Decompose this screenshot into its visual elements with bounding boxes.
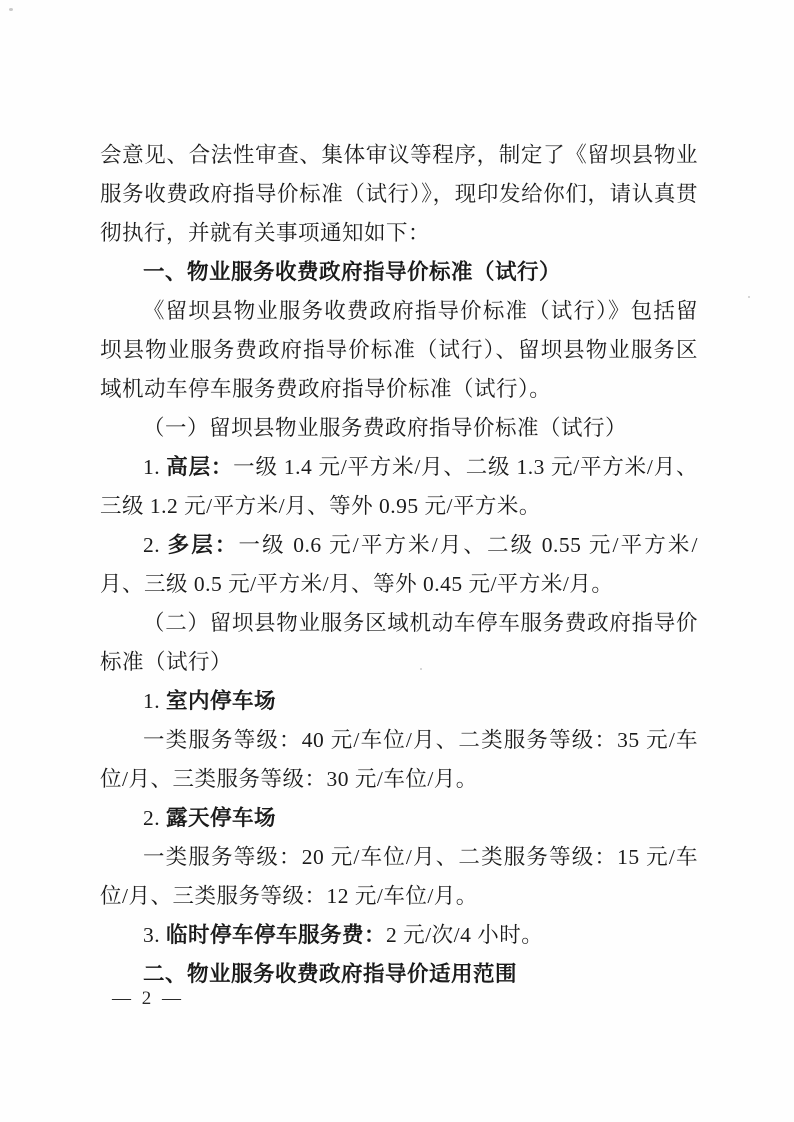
paragraph-intro-continuation: 会意见、合法性审查、集体审议等程序，制定了《留坝县物业服务收费政府指导价标准（试… <box>100 136 698 253</box>
item-highrise: 1. 高层：一级 1.4 元/平方米/月、二级 1.3 元/平方米/月、三级 1… <box>100 448 698 526</box>
heading-sub-2-parking-fee: （二）留坝县物业服务区域机动车停车服务费政府指导价标准（试行） <box>100 604 698 682</box>
paragraph-standard-includes: 《留坝县物业服务收费政府指导价标准（试行）》包括留坝县物业服务费政府指导价标准（… <box>100 292 698 409</box>
paragraph-indoor-rates: 一类服务等级：40 元/车位/月、二类服务等级：35 元/车位/月、三类服务等级… <box>100 721 698 799</box>
item-number: 1. <box>143 689 166 713</box>
heading-sub-1-property-fee: （一）留坝县物业服务费政府指导价标准（试行） <box>100 409 698 448</box>
item-label: 高层： <box>166 455 233 479</box>
item-label: 露天停车场 <box>166 806 276 830</box>
heading-indoor-parking: 1. 室内停车场 <box>100 682 698 721</box>
heading-section-2: 二、物业服务收费政府指导价适用范围 <box>100 955 698 994</box>
item-number: 3. <box>143 923 166 947</box>
item-temporary-parking: 3. 临时停车停车服务费：2 元/次/4 小时。 <box>100 916 698 955</box>
document-body: 会意见、合法性审查、集体审议等程序，制定了《留坝县物业服务收费政府指导价标准（试… <box>100 136 698 994</box>
heading-section-1: 一、物业服务收费政府指导价标准（试行） <box>100 253 698 292</box>
heading-outdoor-parking: 2. 露天停车场 <box>100 799 698 838</box>
item-multistory: 2. 多层：一级 0.6 元/平方米/月、二级 0.55 元/平方米/月、三级 … <box>100 526 698 604</box>
paragraph-outdoor-rates: 一类服务等级：20 元/车位/月、二类服务等级：15 元/车位/月、三类服务等级… <box>100 838 698 916</box>
item-label: 室内停车场 <box>166 689 276 713</box>
item-label: 多层： <box>168 533 239 557</box>
scan-speck <box>748 296 750 298</box>
document-page: 会意见、合法性审查、集体审议等程序，制定了《留坝县物业服务收费政府指导价标准（试… <box>0 0 794 1122</box>
item-text: 2 元/次/4 小时。 <box>386 923 543 947</box>
page-number: — 2 — <box>112 988 184 1010</box>
item-label: 临时停车停车服务费： <box>166 923 386 947</box>
item-number: 2. <box>143 533 168 557</box>
scan-speck <box>9 8 13 11</box>
item-number: 1. <box>143 455 166 479</box>
item-number: 2. <box>143 806 166 830</box>
